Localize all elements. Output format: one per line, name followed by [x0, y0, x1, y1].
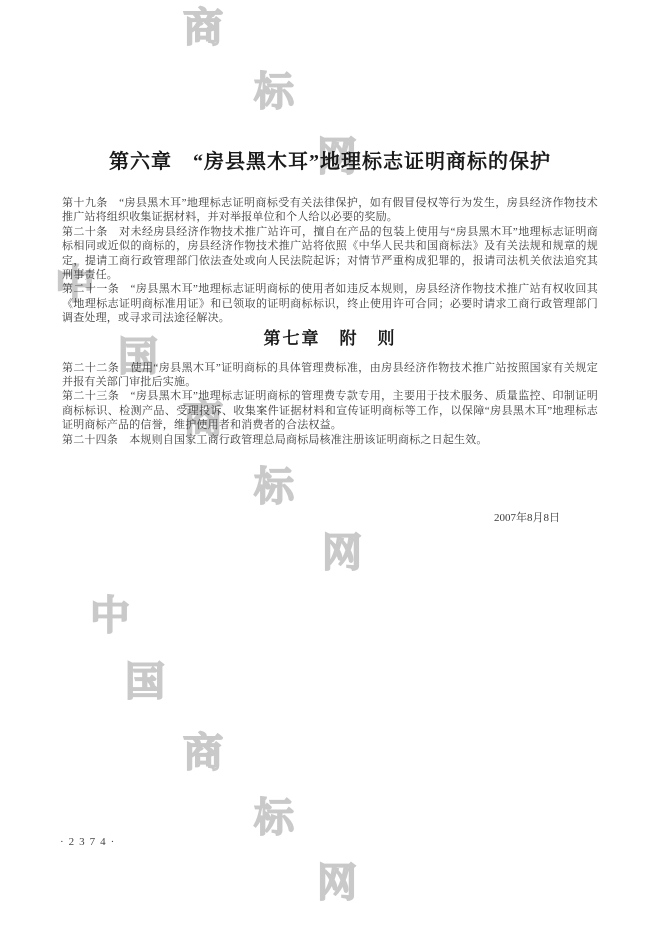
document-page: 商标网中国商标网中国商标网 第六章 “房县黑木耳”地理标志证明商标的保护 第十九…: [0, 0, 660, 943]
chapter6-title: 第六章 “房县黑木耳”地理标志证明商标的保护: [62, 150, 598, 174]
watermark-char-标: 标: [254, 798, 294, 838]
paragraph-article-22: 第二十二条 使用“房县黑木耳”证明商标的具体管理费标准，由房县经济作物技术推广站…: [62, 361, 598, 390]
watermark-char-商: 商: [183, 733, 223, 773]
paragraph-article-20: 第二十条 对未经房县经济作物技术推广站许可，擅自在产品的包装上使用与“房县黑木耳…: [62, 225, 598, 283]
paragraph-article-19: 第十九条 “房县黑木耳”地理标志证明商标受有关法律保护，如有假冒侵权等行为发生，…: [62, 196, 598, 225]
paragraph-article-24: 第二十四条 本规则自国家工商行政管理总局商标局核准注册该证明商标之日起生效。: [62, 433, 598, 447]
watermark-char-网: 网: [322, 533, 362, 573]
watermark-char-国: 国: [125, 662, 165, 702]
paragraph-article-21: 第二十一条 “房县黑木耳”地理标志证明商标的使用者如违反本规则，房县经济作物技术…: [62, 282, 598, 325]
paragraph-article-23: 第二十三条 “房县黑木耳”地理标志证明商标的管理费专款专用，主要用于技术服务、质…: [62, 389, 598, 432]
page-number: ·2374·: [60, 836, 119, 848]
watermark-char-中: 中: [90, 596, 130, 636]
document-date: 2007年8月8日: [62, 509, 598, 525]
watermark-char-网: 网: [317, 863, 357, 903]
document-content: 第六章 “房县黑木耳”地理标志证明商标的保护 第十九条 “房县黑木耳”地理标志证…: [0, 0, 660, 525]
chapter7-title: 第七章 附 则: [62, 328, 598, 350]
